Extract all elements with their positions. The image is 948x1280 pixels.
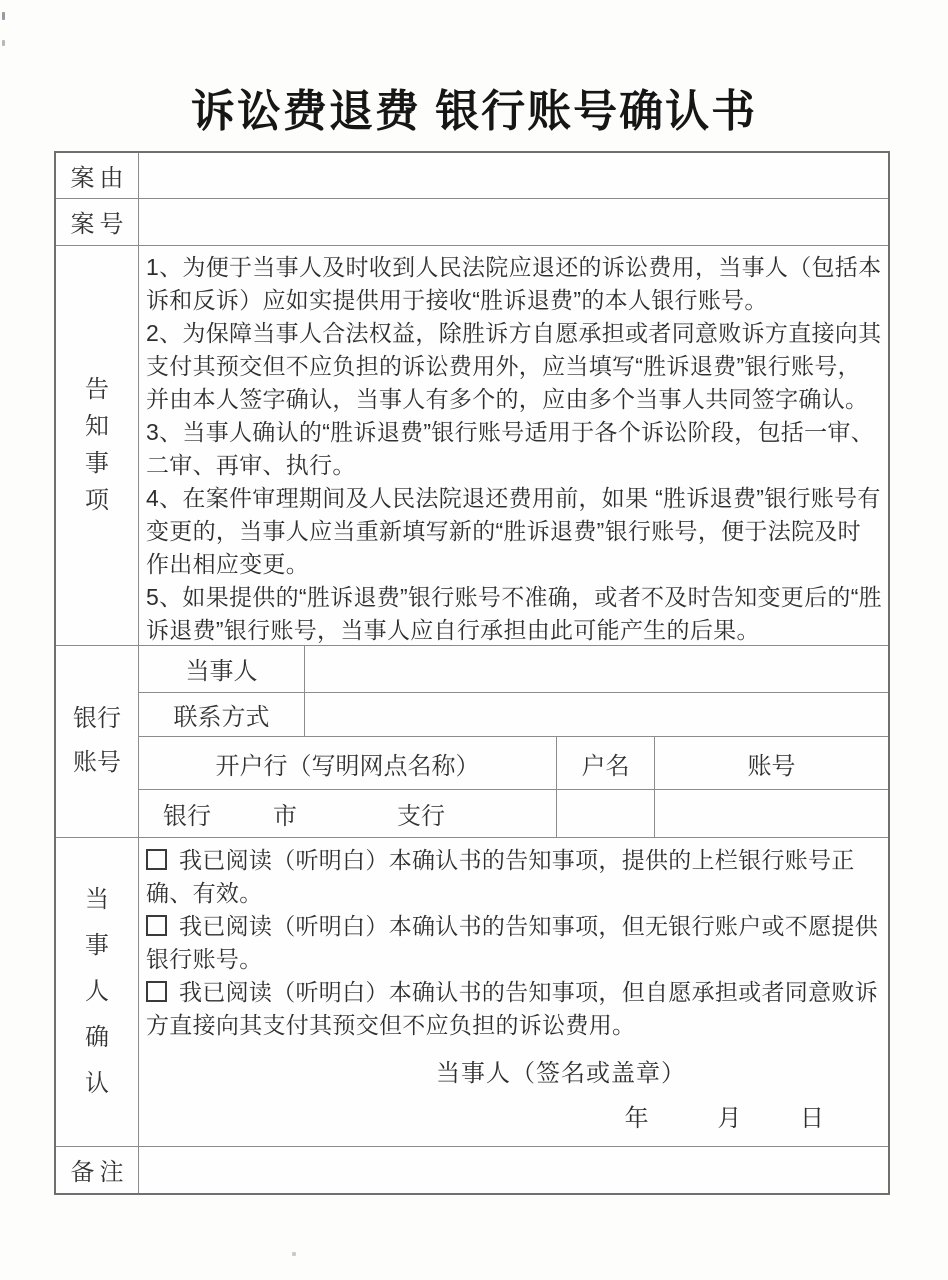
notice-row: 告 知 事 项 1、为便于当事人及时收到人民法院应退还的诉讼费用，当事人（包括本… [56,246,888,646]
case-reason-value-field [139,153,888,198]
notice-item-5: 5、如果提供的“胜诉退费”银行账号不准确，或者不及时告知变更后的“胜诉退费”银行… [146,581,882,645]
confirm-option-3: 我已阅读（听明白）本确认书的告知事项，但自愿承担或者同意败诉方直接向其支付其预交… [146,976,882,1042]
scan-artifact [2,40,5,46]
bank-fill-row: 银行 市 支行 [139,790,888,837]
bank-grid: 当事人 联系方式 开户行（写明网点名称） 户名 账号 银行 市 支行 [139,646,888,837]
bank-party-value-field [305,646,888,692]
checkbox-icon [146,915,167,936]
case-number-label: 案号 [56,199,139,245]
notice-label: 告 知 事 项 [56,246,139,645]
confirm-option-1-text: 我已阅读（听明白）本确认书的告知事项，提供的上栏银行账号正确、有效。 [146,847,855,906]
bank-contact-value-field [305,693,888,737]
branch-part-branch: 支行 [397,796,445,831]
form-table: 案由 案号 告 知 事 项 1、为便于当事人及时收到人民法院应退还的诉讼费用，当… [54,151,890,1195]
scanned-form-page: 诉讼费退费 银行账号确认书 案由 案号 告 知 事 项 1、为便于当事人及时收到… [0,0,948,1280]
bank-branch-header: 开户行（写明网点名称） [139,737,557,789]
bank-contact-row: 联系方式 [139,693,888,738]
checkbox-icon [146,849,167,870]
notice-item-4: 4、在案件审理期间及人民法院退还费用前，如果 “胜诉退费”银行账号有变更的，当事… [146,482,882,581]
signature-label: 当事人（签名或盖章） [146,1057,882,1090]
remarks-label: 备注 [56,1147,139,1193]
branch-part-bank: 银行 [163,796,211,831]
notice-item-3: 3、当事人确认的“胜诉退费”银行账号适用于各个诉讼阶段，包括一审、二审、再审、执… [146,416,882,482]
notice-item-2: 2、为保障当事人合法权益，除胜诉方自愿承担或者同意败诉方直接向其支付其预交但不应… [146,317,882,416]
confirm-option-1: 我已阅读（听明白）本确认书的告知事项，提供的上栏银行账号正确、有效。 [146,844,882,910]
confirmation-label: 当 事 人 确 认 [56,838,139,1146]
date-line: 年 月 日 [146,1102,882,1135]
date-month-label: 月 [717,1105,741,1132]
confirm-option-3-text: 我已阅读（听明白）本确认书的告知事项，但自愿承担或者同意败诉方直接向其支付其预交… [146,979,878,1038]
account-name-value-field [557,790,655,837]
account-number-value-field [655,790,888,837]
notice-item-1: 1、为便于当事人及时收到人民法院应退还的诉讼费用，当事人（包括本诉和反诉）应如实… [146,251,882,317]
party-confirmation-section: 当 事 人 确 认 我已阅读（听明白）本确认书的告知事项，提供的上栏银行账号正确… [56,838,888,1147]
remarks-row: 备注 [56,1147,888,1193]
bank-section-label: 银行 账号 [56,646,139,837]
date-day-label: 日 [800,1105,824,1132]
bank-header-row: 开户行（写明网点名称） 户名 账号 [139,737,888,790]
scan-artifact [2,12,5,20]
bank-party-row: 当事人 [139,646,888,693]
branch-part-city: 市 [273,796,297,831]
scan-artifact [292,1252,296,1256]
bank-account-section: 银行 账号 当事人 联系方式 开户行（写明网点名称） 户名 账号 银行 [56,646,888,838]
form-title: 诉讼费退费 银行账号确认书 [0,86,948,139]
account-number-header: 账号 [655,737,888,789]
case-reason-row: 案由 [56,153,888,199]
checkbox-icon [146,981,167,1002]
bank-contact-label: 联系方式 [139,693,305,737]
bank-party-label: 当事人 [139,646,305,692]
case-reason-label: 案由 [56,153,139,198]
confirm-option-2: 我已阅读（听明白）本确认书的告知事项，但无银行账户或不愿提供银行账号。 [146,910,882,976]
case-number-row: 案号 [56,199,888,246]
remarks-value-field [139,1147,888,1193]
confirmation-body: 我已阅读（听明白）本确认书的告知事项，提供的上栏银行账号正确、有效。 我已阅读（… [139,838,888,1146]
account-name-header: 户名 [557,737,655,789]
bank-branch-fill-field: 银行 市 支行 [139,790,557,837]
confirm-option-2-text: 我已阅读（听明白）本确认书的告知事项，但无银行账户或不愿提供银行账号。 [146,913,878,972]
notice-body: 1、为便于当事人及时收到人民法院应退还的诉讼费用，当事人（包括本诉和反诉）应如实… [139,246,888,645]
date-year-label: 年 [625,1105,649,1132]
case-number-value-field [139,199,888,245]
